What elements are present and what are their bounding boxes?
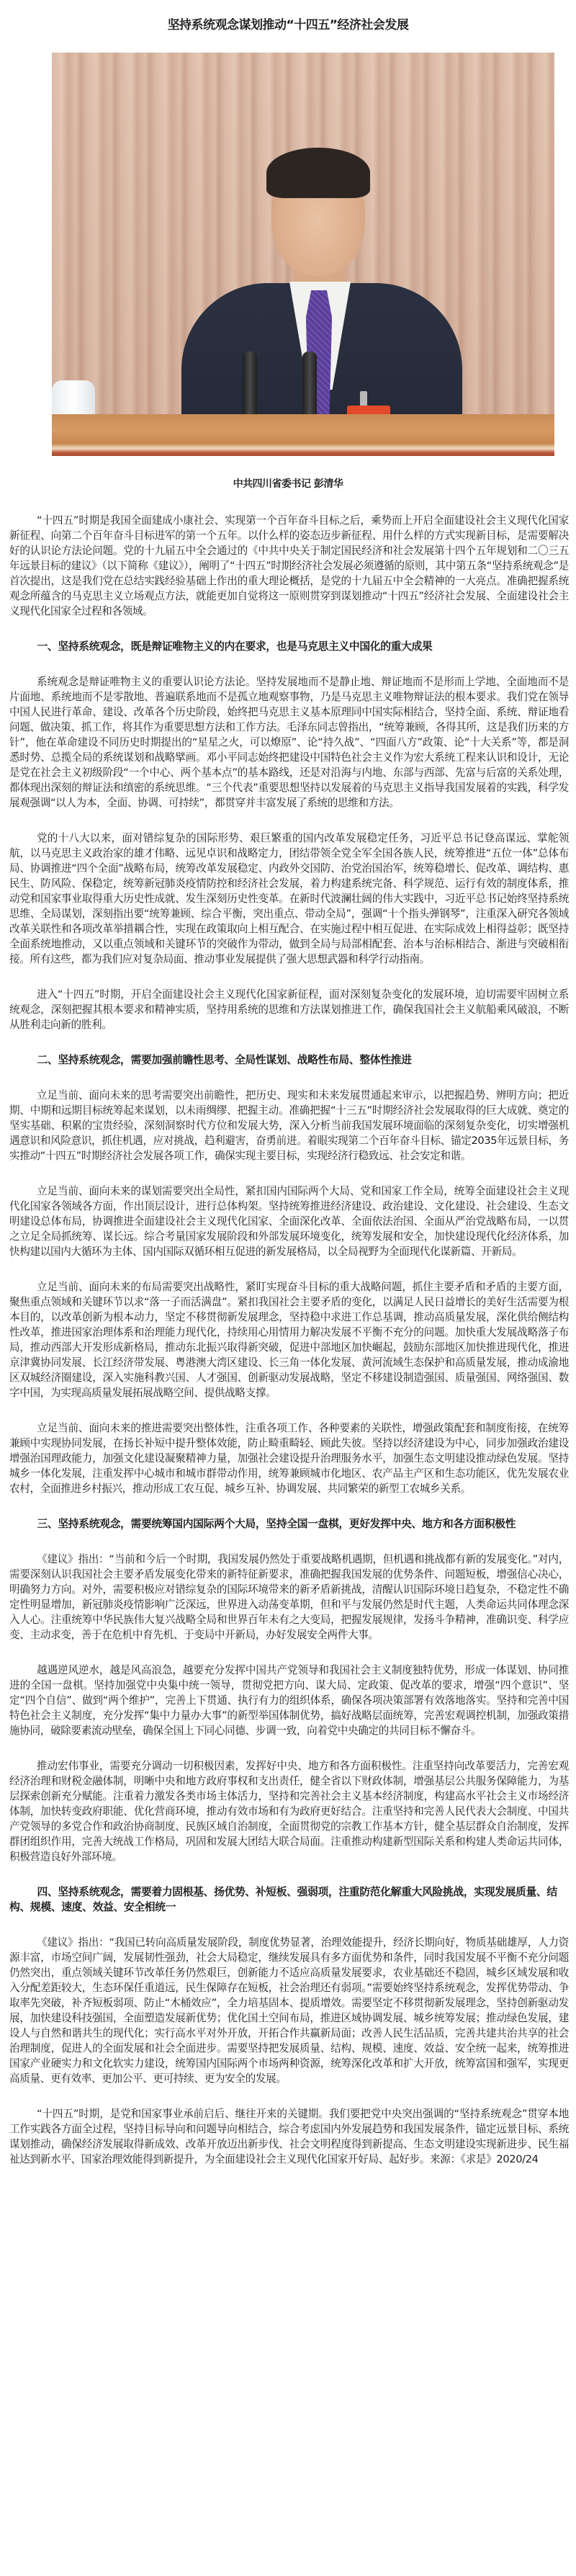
section-heading: 三、坚持系统观念，需要统筹国内国际两个大局，坚持全国一盘棋，更好发挥中央、地方和…	[9, 1516, 569, 1531]
paragraph: 党的十八大以来，面对错综复杂的国际形势、艰巨繁重的国内改革发展稳定任务，习近平总…	[9, 831, 569, 967]
conclusion-paragraph: “十四五”时期，是党和国家事业承前启后、继往开来的关键期。我们要把党中央突出强调…	[9, 2106, 569, 2167]
section-heading: 一、坚持系统观念，既是辩证唯物主义的内在要求，也是马克思主义中国化的重大成果	[9, 639, 569, 654]
article: 坚持系统观念谋划推动“十四五”经济社会发展 ☭ 彭清华 中共四川省委书记 彭清华…	[0, 0, 576, 2167]
section-2: 二、坚持系统观念，需要加强前瞻性思考、全局性谋划、战略性布局、整体性推进 立足当…	[9, 1052, 569, 1496]
paragraph: 立足当前、面向未来的谋划需要突出全局性，紧扣国内国际两个大局、党和国家工作全局，…	[9, 1184, 569, 1259]
desk-edge	[52, 414, 554, 456]
speaker-photo: ☭ 彭清华	[52, 53, 554, 456]
paragraph: 立足当前、面向未来的推进需要突出整体性，注重各项工作、各种要素的关联性，增强政策…	[9, 1421, 569, 1496]
section-3: 三、坚持系统观念，需要统筹国内国际两个大局，坚持全国一盘棋，更好发挥中央、地方和…	[9, 1516, 569, 1864]
section-heading: 二、坚持系统观念，需要加强前瞻性思考、全局性谋划、战略性布局、整体性推进	[9, 1052, 569, 1068]
section-4: 四、坚持系统观念，需要着力固根基、扬优势、补短板、强弱项，注重防范化解重大风险挑…	[9, 1884, 569, 2086]
paragraph: 越遇逆风逆水，越是风高浪急，越要充分发挥中国共产党领导和我国社会主义制度独特优势…	[9, 1663, 569, 1738]
paragraph: 《建议》指出：“我国已转向高质量发展阶段，制度优势显著，治理效能提升，经济长期向…	[9, 1935, 569, 2086]
paragraph: 推动宏伟事业，需要充分调动一切积极因素，发挥好中央、地方和各方面积极性。注重坚持…	[9, 1758, 569, 1864]
paragraph: 立足当前、面向未来的布局需要突出战略性，紧盯实现奋斗目标的重大战略问题，抓住主要…	[9, 1279, 569, 1400]
paragraph: 《建议》指出：“当前和今后一个时期，我国发展仍然处于重要战略机遇期，但机遇和挑战…	[9, 1552, 569, 1642]
article-body: “十四五”时期是我国全面建成小康社会、实现第一个百年奋斗目标之后，乘势而上开启全…	[0, 513, 576, 2167]
article-title: 坚持系统观念谋划推动“十四五”经济社会发展	[0, 0, 576, 35]
section-heading: 四、坚持系统观念，需要着力固根基、扬优势、补短板、强弱项，注重防范化解重大风险挑…	[9, 1884, 569, 1915]
paragraph: 进入“十四五”时期，开启全面建设社会主义现代化国家新征程，面对深刻复杂变化的发展…	[9, 987, 569, 1032]
paragraph: 立足当前、面向未来的思考需要突出前瞻性，把历史、现实和未来发展贯通起来审示，以把…	[9, 1088, 569, 1163]
paragraph: 系统观念是辩证唯物主义的重要认识论方法论。坚持发展地而不是静止地、辩证地而不是形…	[9, 674, 569, 810]
intro-paragraph: “十四五”时期是我国全面建成小康社会、实现第一个百年奋斗目标之后，乘势而上开启全…	[9, 513, 569, 619]
source-citation: 来源：《求是》2020/24	[430, 2153, 539, 2165]
photo-caption: 中共四川省委书记 彭清华	[0, 477, 576, 491]
section-1: 一、坚持系统观念，既是辩证唯物主义的内在要求，也是马克思主义中国化的重大成果 系…	[9, 639, 569, 1032]
hair-shape	[266, 148, 370, 198]
